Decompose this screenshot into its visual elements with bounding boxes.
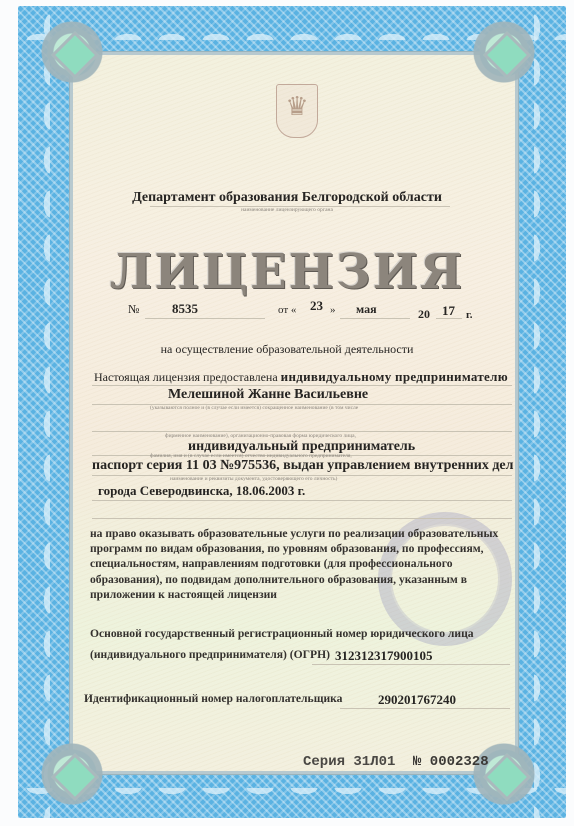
corner-ornament-icon xyxy=(38,18,106,86)
blank-number: № 0002328 xyxy=(413,754,489,770)
border-guilloche-right xyxy=(534,6,564,818)
passport-issued: города Северодвинска, 18.06.2003 г. xyxy=(98,483,305,499)
date-month: мая xyxy=(356,302,377,317)
issuing-authority-caption: наименование лицензирующего органа xyxy=(0,207,574,213)
issuing-authority: Департамент образования Белгородской обл… xyxy=(0,190,574,206)
corner-ornament-icon xyxy=(470,740,538,808)
granted-line: Настоящая лицензия предоставлена индивид… xyxy=(94,369,508,385)
holder-name: Мелешиной Жанне Васильевне xyxy=(168,387,368,403)
passport-details: паспорт серия 11 03 №975536, выдан управ… xyxy=(92,458,514,474)
date-prefix: от « xyxy=(278,304,296,316)
granted-prefix: Настоящая лицензия предоставлена xyxy=(94,370,278,384)
inn-label: Идентификационный номер налогоплательщик… xyxy=(84,692,342,705)
caption-1: (указываются полное и (в случае если име… xyxy=(150,405,358,411)
ogrn-value: 312312317900105 xyxy=(335,648,433,664)
caption-4: наименование и реквизиты документа, удос… xyxy=(170,476,337,482)
date-year-unit: г. xyxy=(466,309,473,321)
document-title: ЛИЦЕНЗИЯ xyxy=(0,244,574,300)
date-day: 23 xyxy=(310,298,323,314)
date-year-prefix: 20 xyxy=(418,307,430,322)
date-year: 17 xyxy=(442,303,455,319)
license-number-label: № xyxy=(128,302,139,317)
corner-ornament-icon xyxy=(470,18,538,86)
license-number: 8535 xyxy=(172,301,198,317)
document-body xyxy=(70,52,518,774)
granted-to-type: индивидуальному предпринимателю xyxy=(281,369,508,384)
corner-ornament-icon xyxy=(38,740,106,808)
license-purpose: на осуществление образовательной деятель… xyxy=(0,342,574,357)
date-mid: » xyxy=(330,304,336,316)
inn-value: 290201767240 xyxy=(378,692,456,708)
ogrn-label-2: (индивидуального предпринимателя) (ОГРН) xyxy=(90,648,330,661)
ogrn-label-1: Основной государственный регистрационный… xyxy=(90,627,474,640)
rights-text: на право оказывать образовательные услуг… xyxy=(90,526,510,602)
border-guilloche-left xyxy=(20,6,50,818)
blank-series: Серия 31Л01 xyxy=(303,754,395,770)
coat-of-arms-icon: ♛ xyxy=(276,84,318,138)
